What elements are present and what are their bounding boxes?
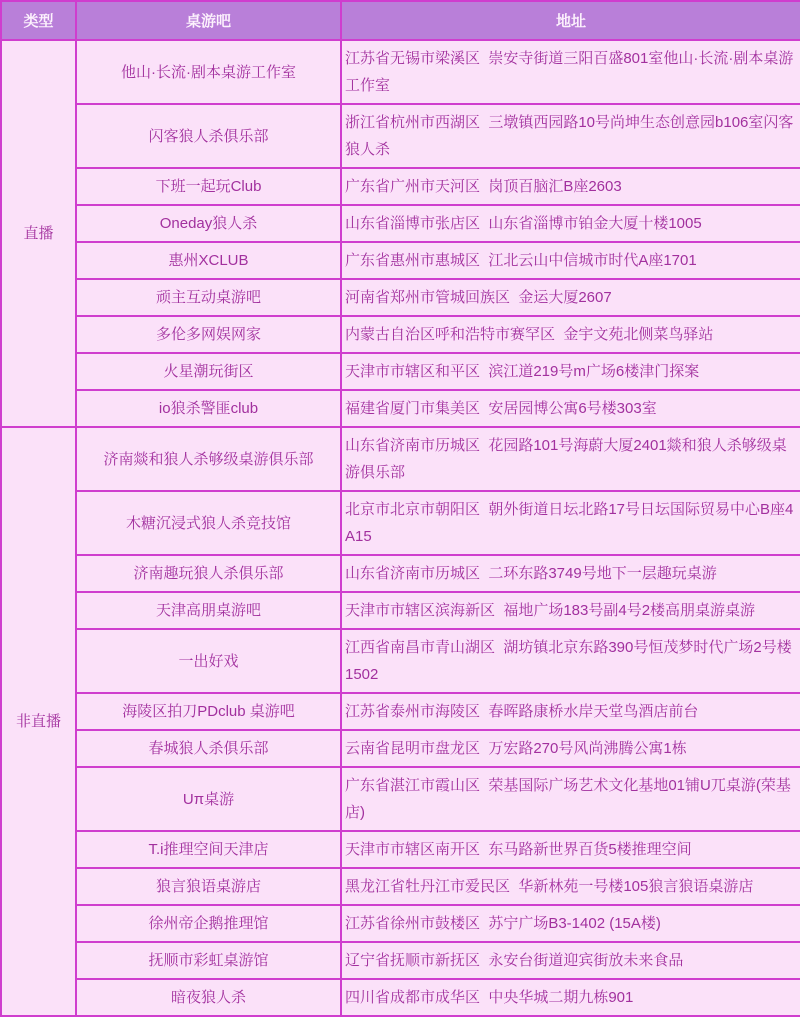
table-row: 狼言狼语桌游店 黑龙江省牡丹江市爱民区 华新林苑一号楼105狼言狼语桌游店 bbox=[1, 868, 800, 905]
venue-name-cell: 他山·长流·剧本桌游工作室 bbox=[76, 40, 341, 104]
venue-address-cell: 江苏省无锡市梁溪区 崇安寺街道三阳百盛801室他山·长流·剧本桌游工作室 bbox=[341, 40, 800, 104]
table-row: 一出好戏 江西省南昌市青山湖区 湖坊镇北京东路390号恒茂梦时代广场2号楼150… bbox=[1, 629, 800, 693]
venue-name-cell: 木糖沉浸式狼人杀竞技馆 bbox=[76, 491, 341, 555]
venue-address-cell: 广东省惠州市惠城区 江北云山中信城市时代A座1701 bbox=[341, 242, 800, 279]
venue-name-cell: Oneday狼人杀 bbox=[76, 205, 341, 242]
table-row: 春城狼人杀俱乐部 云南省昆明市盘龙区 万宏路270号风尚沸腾公寓1栋 bbox=[1, 730, 800, 767]
table-row: 天津高朋桌游吧 天津市市辖区滨海新区 福地广场183号副4号2楼高朋桌游桌游 bbox=[1, 592, 800, 629]
venue-address-cell: 辽宁省抚顺市新抚区 永安台街道迎宾街放未来食品 bbox=[341, 942, 800, 979]
table-row: 抚顺市彩虹桌游馆 辽宁省抚顺市新抚区 永安台街道迎宾街放未来食品 bbox=[1, 942, 800, 979]
venue-name-cell: 暗夜狼人杀 bbox=[76, 979, 341, 1016]
table-row: 海陵区拍刀PDclub 桌游吧 江苏省泰州市海陵区 春晖路康桥水岸天堂鸟酒店前台 bbox=[1, 693, 800, 730]
venue-name-cell: 多伦多网娱网家 bbox=[76, 316, 341, 353]
venue-address-cell: 天津市市辖区南开区 东马路新世界百货5楼推理空间 bbox=[341, 831, 800, 868]
table-row: 顽主互动桌游吧 河南省郑州市管城回族区 金运大厦2607 bbox=[1, 279, 800, 316]
table-row: io狼杀警匪club 福建省厦门市集美区 安居园博公寓6号楼303室 bbox=[1, 390, 800, 427]
venue-address-cell: 福建省厦门市集美区 安居园博公寓6号楼303室 bbox=[341, 390, 800, 427]
venue-name-cell: 惠州XCLUB bbox=[76, 242, 341, 279]
venue-address-cell: 四川省成都市成华区 中央华城二期九栋901 bbox=[341, 979, 800, 1016]
venue-name-cell: 顽主互动桌游吧 bbox=[76, 279, 341, 316]
venue-address-cell: 北京市北京市朝阳区 朝外街道日坛北路17号日坛国际贸易中心B座4A15 bbox=[341, 491, 800, 555]
venue-address-cell: 山东省济南市历城区 花园路101号海蔚大厦2401燚和狼人杀够级桌游俱乐部 bbox=[341, 427, 800, 491]
table-row: 木糖沉浸式狼人杀竞技馆 北京市北京市朝阳区 朝外街道日坛北路17号日坛国际贸易中… bbox=[1, 491, 800, 555]
table-row: 多伦多网娱网家 内蒙古自治区呼和浩特市赛罕区 金宇文苑北侧菜鸟驿站 bbox=[1, 316, 800, 353]
table-row: Uπ桌游 广东省湛江市霞山区 荣基国际广场艺术文化基地01铺U兀桌游(荣基店) bbox=[1, 767, 800, 831]
venue-name-cell: 一出好戏 bbox=[76, 629, 341, 693]
venue-address-cell: 云南省昆明市盘龙区 万宏路270号风尚沸腾公寓1栋 bbox=[341, 730, 800, 767]
venue-name-cell: 闪客狼人杀俱乐部 bbox=[76, 104, 341, 168]
venue-address-cell: 天津市市辖区滨海新区 福地广场183号副4号2楼高朋桌游桌游 bbox=[341, 592, 800, 629]
table-row: 济南趣玩狼人杀俱乐部 山东省济南市历城区 二环东路3749号地下一层趣玩桌游 bbox=[1, 555, 800, 592]
venue-name-cell: 济南趣玩狼人杀俱乐部 bbox=[76, 555, 341, 592]
venue-name-cell: 下班一起玩Club bbox=[76, 168, 341, 205]
table-row: 闪客狼人杀俱乐部 浙江省杭州市西湖区 三墩镇西园路10号尚坤生态创意园b106室… bbox=[1, 104, 800, 168]
venue-address-cell: 山东省淄博市张店区 山东省淄博市铂金大厦十楼1005 bbox=[341, 205, 800, 242]
venue-name-cell: 济南燚和狼人杀够级桌游俱乐部 bbox=[76, 427, 341, 491]
venue-address-cell: 山东省济南市历城区 二环东路3749号地下一层趣玩桌游 bbox=[341, 555, 800, 592]
venue-name-cell: 火星潮玩街区 bbox=[76, 353, 341, 390]
venue-address-cell: 浙江省杭州市西湖区 三墩镇西园路10号尚坤生态创意园b106室闪客狼人杀 bbox=[341, 104, 800, 168]
venue-name-cell: 天津高朋桌游吧 bbox=[76, 592, 341, 629]
table-row: 暗夜狼人杀 四川省成都市成华区 中央华城二期九栋901 bbox=[1, 979, 800, 1016]
venue-name-cell: io狼杀警匪club bbox=[76, 390, 341, 427]
venue-name-cell: Uπ桌游 bbox=[76, 767, 341, 831]
table-row: 徐州帝企鹅推理馆 江苏省徐州市鼓楼区 苏宁广场B3-1402 (15A楼) bbox=[1, 905, 800, 942]
venue-address-cell: 天津市市辖区和平区 滨江道219号m广场6楼津门探案 bbox=[341, 353, 800, 390]
column-header-address: 地址 bbox=[341, 1, 800, 40]
venue-address-cell: 江苏省泰州市海陵区 春晖路康桥水岸天堂鸟酒店前台 bbox=[341, 693, 800, 730]
column-header-type: 类型 bbox=[1, 1, 76, 40]
venue-address-cell: 河南省郑州市管城回族区 金运大厦2607 bbox=[341, 279, 800, 316]
header-row: 类型 桌游吧 地址 bbox=[1, 1, 800, 40]
venue-name-cell: 海陵区拍刀PDclub 桌游吧 bbox=[76, 693, 341, 730]
table-row: 惠州XCLUB 广东省惠州市惠城区 江北云山中信城市时代A座1701 bbox=[1, 242, 800, 279]
venue-address-cell: 江苏省徐州市鼓楼区 苏宁广场B3-1402 (15A楼) bbox=[341, 905, 800, 942]
venue-address-cell: 广东省广州市天河区 岗顶百脑汇B座2603 bbox=[341, 168, 800, 205]
venue-table: 类型 桌游吧 地址 直播 他山·长流·剧本桌游工作室 江苏省无锡市梁溪区 崇安寺… bbox=[0, 0, 800, 1017]
table-row: Oneday狼人杀 山东省淄博市张店区 山东省淄博市铂金大厦十楼1005 bbox=[1, 205, 800, 242]
venue-address-cell: 广东省湛江市霞山区 荣基国际广场艺术文化基地01铺U兀桌游(荣基店) bbox=[341, 767, 800, 831]
group-cell-non-live: 非直播 bbox=[1, 427, 76, 1016]
table-row: 直播 他山·长流·剧本桌游工作室 江苏省无锡市梁溪区 崇安寺街道三阳百盛801室… bbox=[1, 40, 800, 104]
table-row: 火星潮玩街区 天津市市辖区和平区 滨江道219号m广场6楼津门探案 bbox=[1, 353, 800, 390]
page: 类型 桌游吧 地址 直播 他山·长流·剧本桌游工作室 江苏省无锡市梁溪区 崇安寺… bbox=[0, 0, 800, 1017]
venue-name-cell: 春城狼人杀俱乐部 bbox=[76, 730, 341, 767]
venue-name-cell: 抚顺市彩虹桌游馆 bbox=[76, 942, 341, 979]
venue-address-cell: 内蒙古自治区呼和浩特市赛罕区 金宇文苑北侧菜鸟驿站 bbox=[341, 316, 800, 353]
venue-address-cell: 黑龙江省牡丹江市爱民区 华新林苑一号楼105狼言狼语桌游店 bbox=[341, 868, 800, 905]
table-row: 下班一起玩Club 广东省广州市天河区 岗顶百脑汇B座2603 bbox=[1, 168, 800, 205]
table-row: 非直播 济南燚和狼人杀够级桌游俱乐部 山东省济南市历城区 花园路101号海蔚大厦… bbox=[1, 427, 800, 491]
venue-name-cell: 徐州帝企鹅推理馆 bbox=[76, 905, 341, 942]
venue-name-cell: T.i推理空间天津店 bbox=[76, 831, 341, 868]
column-header-venue: 桌游吧 bbox=[76, 1, 341, 40]
venue-name-cell: 狼言狼语桌游店 bbox=[76, 868, 341, 905]
table-row: T.i推理空间天津店 天津市市辖区南开区 东马路新世界百货5楼推理空间 bbox=[1, 831, 800, 868]
group-cell-live: 直播 bbox=[1, 40, 76, 427]
venue-address-cell: 江西省南昌市青山湖区 湖坊镇北京东路390号恒茂梦时代广场2号楼1502 bbox=[341, 629, 800, 693]
